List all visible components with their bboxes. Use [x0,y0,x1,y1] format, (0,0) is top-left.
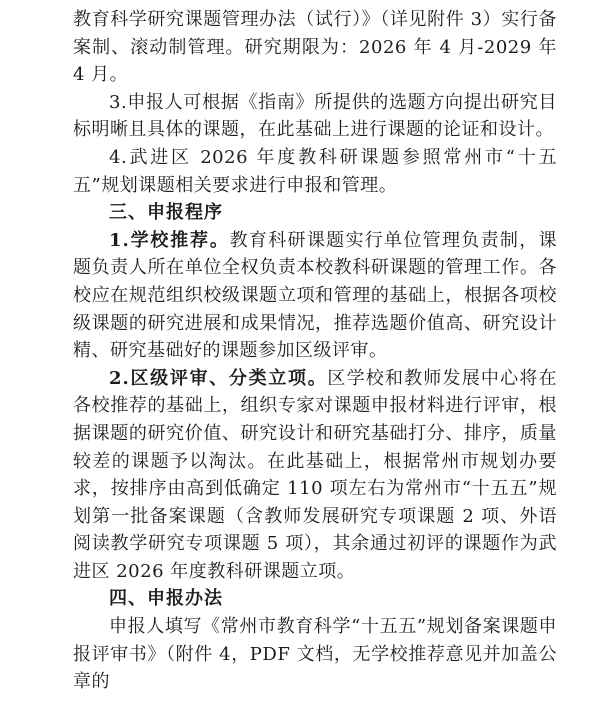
paragraph-lead: 1.学校推荐。 [109,230,230,251]
paragraph: 申报人填写《常州市教育科学“十五五”规划备案课题申报评审书》（附件 4，PDF … [73,613,557,696]
paragraph: 教育科学研究课题管理办法（试行）》（详见附件 3）实行备案制、滚动制管理。研究期… [73,6,557,89]
paragraph: 3.申报人可根据《指南》所提供的选题方向提出研究目标明晰且具体的课题，在此基础上… [73,89,557,144]
paragraph: 2.区级评审、分类立项。区学校和教师发展中心将在各校推荐的基础上，组织专家对课题… [73,365,557,586]
section-heading: 四、申报办法 [73,585,557,613]
document-page: 教育科学研究课题管理办法（试行）》（详见附件 3）实行备案制、滚动制管理。研究期… [0,0,591,714]
paragraph: 4.武进区 2026 年度教科研课题参照常州市“十五五”规划课题相关要求进行申报… [73,144,557,199]
paragraph-lead: 2.区级评审、分类立项。 [109,368,327,389]
section-heading: 三、申报程序 [73,199,557,227]
paragraph: 1.学校推荐。教育科研课题实行单位管理负责制，课题负责人所在单位全权负责本校教科… [73,227,557,365]
